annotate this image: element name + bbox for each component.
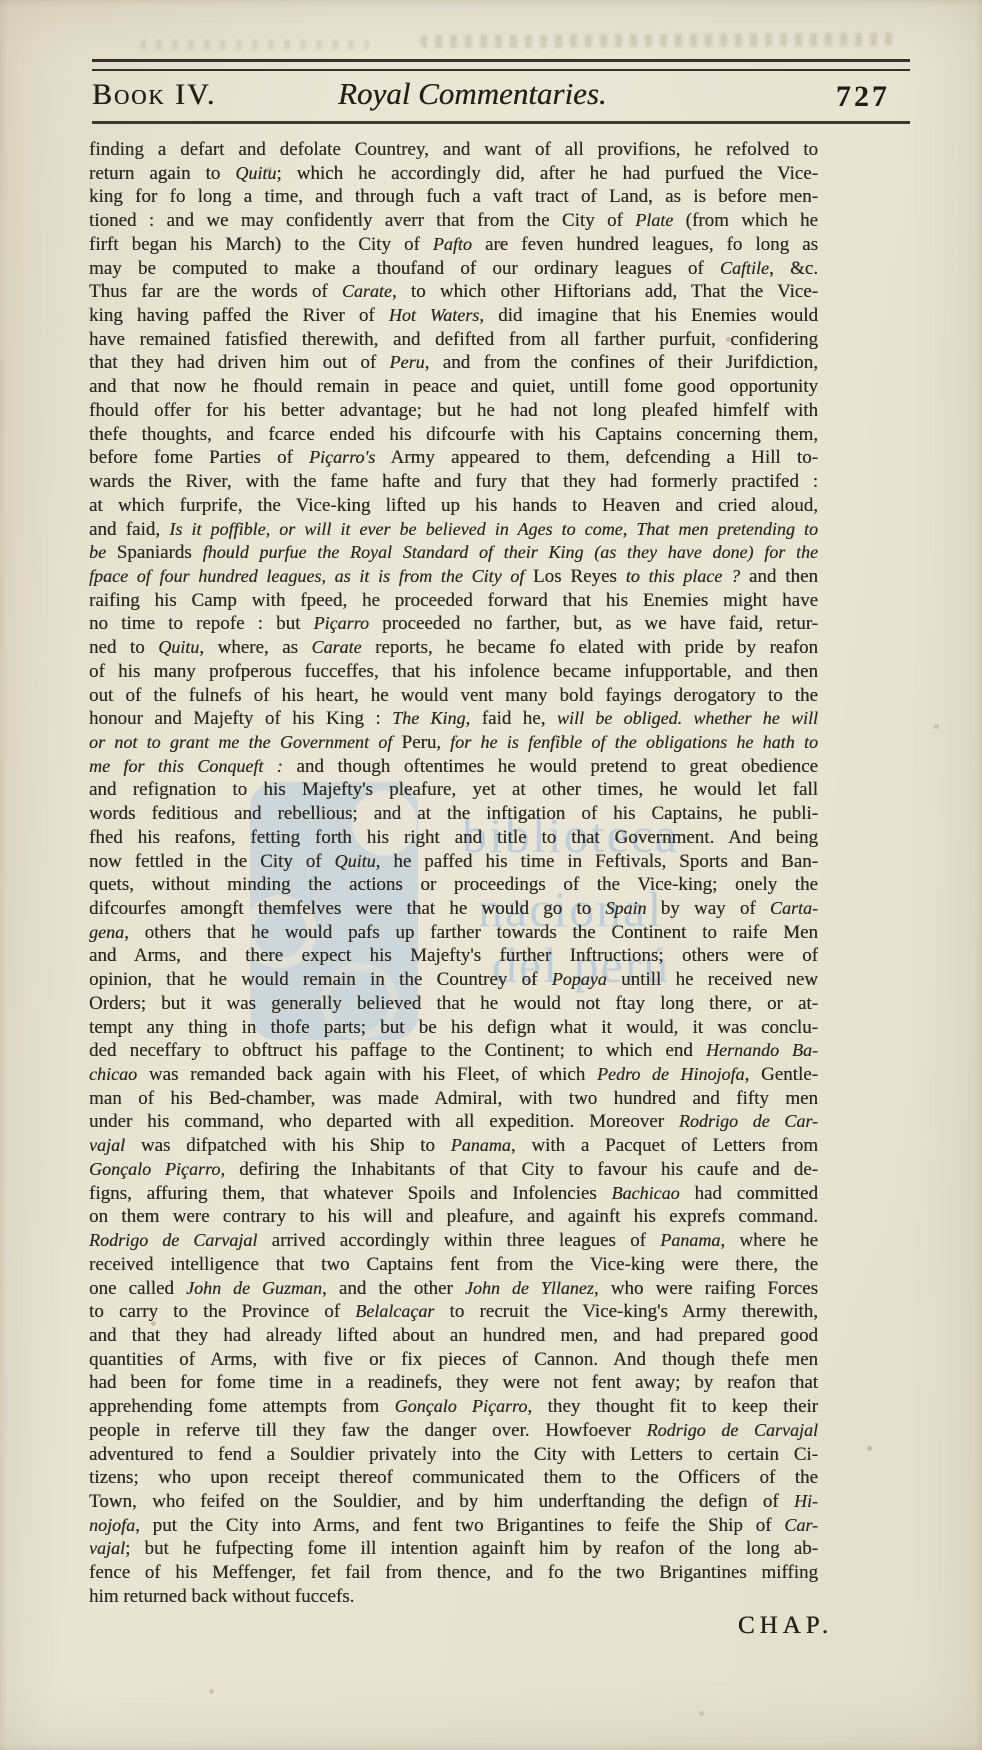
text-line: chicao was remanded back again with his … bbox=[89, 1063, 818, 1087]
text-line: vajal; but he fufpecting fome ill intent… bbox=[89, 1537, 818, 1561]
text-line: gena, others that he would pafs up farth… bbox=[89, 921, 818, 945]
show-through-ghost-text bbox=[140, 40, 370, 50]
text-line: and faid, Is it poffible, or will it eve… bbox=[89, 518, 818, 542]
text-line: him returned back without fuccefs. bbox=[89, 1585, 818, 1609]
text-line: have remained fatisfied therewith, and d… bbox=[89, 328, 818, 352]
text-line: and that now he fhould remain in peace a… bbox=[89, 375, 818, 399]
paper-speckles bbox=[0, 0, 3, 3]
text-line: thefe thoughts, and fcarce ended his dif… bbox=[89, 423, 818, 447]
text-line: and refignation to his Majefty's pleafur… bbox=[89, 778, 818, 802]
text-line: ned to Quitu, where, as Carate reports, … bbox=[89, 636, 818, 660]
text-line: or not to grant me the Government of Per… bbox=[89, 731, 818, 755]
text-line: fence of his Meffenger, fet fail from th… bbox=[89, 1561, 818, 1585]
text-line: to carry to the Province of Belalcaçar t… bbox=[89, 1300, 818, 1324]
text-line: no time to repofe : but Piçarro proceede… bbox=[89, 612, 818, 636]
text-line: firft began his March) to the City of Pa… bbox=[89, 233, 818, 257]
text-line: people in referve till they faw the dang… bbox=[89, 1419, 818, 1443]
text-block: finding a defart and defolate Countrey, … bbox=[89, 138, 818, 1609]
text-line: quets, without minding the actions or pr… bbox=[89, 873, 818, 897]
running-title: Royal Commentaries. bbox=[338, 76, 607, 112]
text-line: return again to Quitu; which he accordin… bbox=[89, 162, 818, 186]
text-line: difcourfes amongft themfelves were that … bbox=[89, 897, 818, 921]
text-line: fpace of four hundred leagues, as it is … bbox=[89, 565, 818, 589]
text-line: honour and Majefty of his King : The Kin… bbox=[89, 707, 818, 731]
text-line: may be computed to make a thoufand of ou… bbox=[89, 257, 818, 281]
show-through-ghost-text bbox=[420, 33, 900, 49]
text-line: raifing his Camp with fpeed, he proceede… bbox=[89, 589, 818, 613]
text-line: Thus far are the words of Carate, to whi… bbox=[89, 280, 818, 304]
text-line: words feditious and rebellious; and at t… bbox=[89, 802, 818, 826]
text-line: figns, affuring them, that whatever Spoi… bbox=[89, 1182, 818, 1206]
book-page-scan: biblioteca nacional del perú Book IV. Ro… bbox=[0, 0, 982, 1750]
text-line: Rodrigo de Carvajal arrived accordingly … bbox=[89, 1229, 818, 1253]
page-number: 727 bbox=[831, 80, 895, 114]
text-line: nojofa, put the City into Arms, and fent… bbox=[89, 1514, 818, 1538]
text-line: fhould offer for his better advantage; b… bbox=[89, 399, 818, 423]
text-line: king for fo long a time, and through fuc… bbox=[89, 185, 818, 209]
text-line: apprehending fome attempts from Gonçalo … bbox=[89, 1395, 818, 1419]
header-bottom-rule bbox=[92, 121, 910, 124]
text-line: vajal was difpatched with his Ship to Pa… bbox=[89, 1134, 818, 1158]
header-top-rule bbox=[92, 59, 910, 71]
text-line: that they had driven him out of Peru, an… bbox=[89, 351, 818, 375]
text-line: me for this Conqueft : and though oftent… bbox=[89, 755, 818, 779]
text-line: fhed his reafons, fetting forth his righ… bbox=[89, 826, 818, 850]
book-label: Book IV. bbox=[92, 78, 216, 112]
text-line: Orders; but it was generally believed th… bbox=[89, 992, 818, 1016]
text-line: one called John de Guzman, and the other… bbox=[89, 1277, 818, 1301]
text-line: at which furprife, the Vice-king lifted … bbox=[89, 494, 818, 518]
text-line: man of his Bed-chamber, was made Admiral… bbox=[89, 1087, 818, 1111]
text-line: now fettled in the City of Quitu, he paf… bbox=[89, 850, 818, 874]
text-line: on them were contrary to his will and pl… bbox=[89, 1205, 818, 1229]
text-line: finding a defart and defolate Countrey, … bbox=[89, 138, 818, 162]
text-line: out of the fulnefs of his heart, he woul… bbox=[89, 684, 818, 708]
text-line: and that they had already lifted about a… bbox=[89, 1324, 818, 1348]
text-line: king having paffed the River of Hot Wate… bbox=[89, 304, 818, 328]
text-line: received intelligence that two Captains … bbox=[89, 1253, 818, 1277]
text-line: ded neceffary to obftruct his paffage to… bbox=[89, 1039, 818, 1063]
text-line: quantities of Arms, with five or fix pie… bbox=[89, 1348, 818, 1372]
text-line: be Spaniards fhould purfue the Royal Sta… bbox=[89, 541, 818, 565]
text-line: under his command, who departed with all… bbox=[89, 1110, 818, 1134]
text-line: tempt any thing in thofe parts; but be h… bbox=[89, 1016, 818, 1040]
text-line: adventured to fend a Souldier privately … bbox=[89, 1443, 818, 1467]
text-line: of his many profperous fucceffes, that h… bbox=[89, 660, 818, 684]
text-line: tizens; who upon receipt thereof communi… bbox=[89, 1466, 818, 1490]
text-line: opinion, that he would remain in the Cou… bbox=[89, 968, 818, 992]
text-line: Gonçalo Piçarro, defiring the Inhabitant… bbox=[89, 1158, 818, 1182]
text-line: wards the River, with the fame hafte and… bbox=[89, 470, 818, 494]
text-line: had been for fome time in a readinefs, t… bbox=[89, 1371, 818, 1395]
text-line: before fome Parties of Piçarro's Army ap… bbox=[89, 446, 818, 470]
catchword: CHAP. bbox=[738, 1612, 833, 1640]
text-line: Town, who feifed on the Souldier, and by… bbox=[89, 1490, 818, 1514]
text-line: and Arms, and there expect his Majefty's… bbox=[89, 944, 818, 968]
text-line: tioned : and we may confidently averr th… bbox=[89, 209, 818, 233]
